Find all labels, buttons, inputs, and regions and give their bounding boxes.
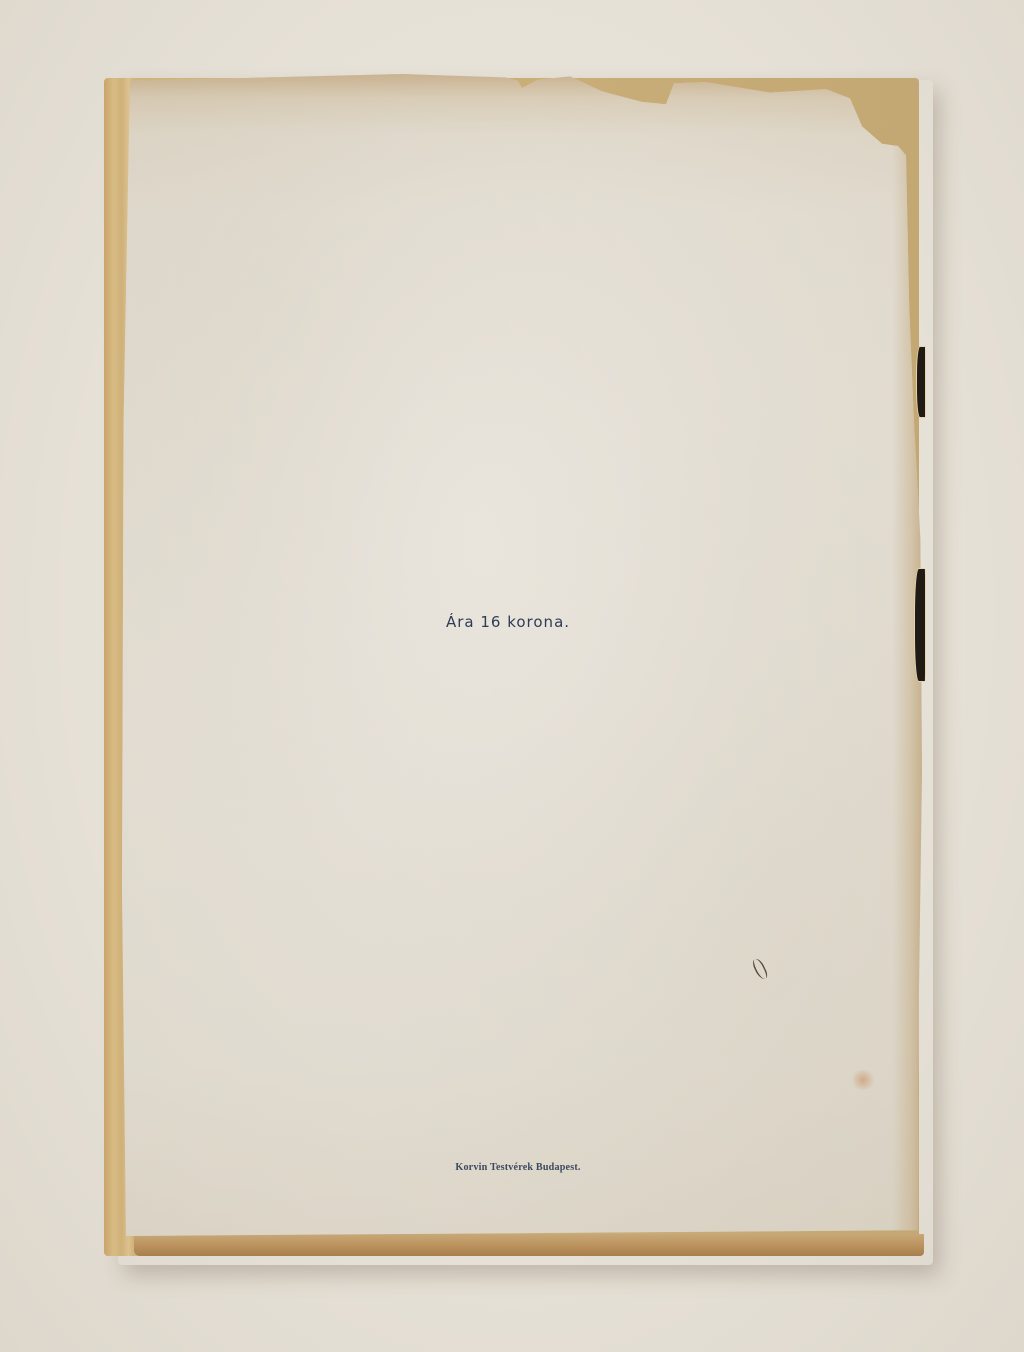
back-cover: Ára 16 korona. Korvin Testvérek Budapest… [122, 74, 922, 1236]
publisher-text: Korvin Testvérek Budapest. [150, 1161, 886, 1173]
price-text: Ára 16 korona. [108, 613, 908, 631]
spine-tear-lower [914, 568, 926, 682]
ink-squiggle-mark [751, 957, 769, 981]
spine-tear-upper [916, 346, 926, 418]
page-block-bottom-edge [134, 1234, 924, 1256]
foxing-stain [850, 1070, 876, 1090]
book: Ára 16 korona. Korvin Testvérek Budapest… [104, 66, 926, 1256]
